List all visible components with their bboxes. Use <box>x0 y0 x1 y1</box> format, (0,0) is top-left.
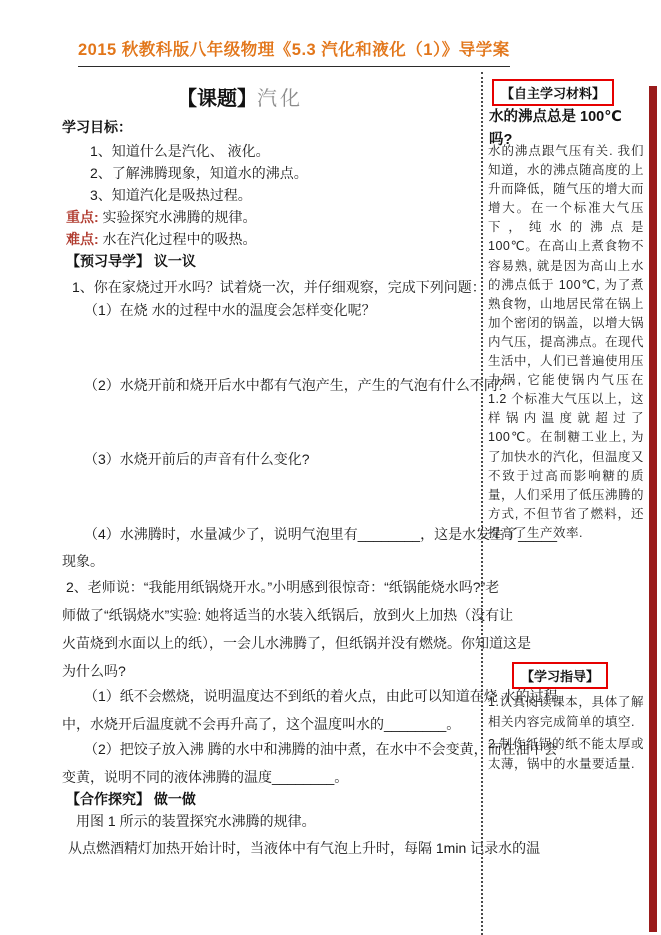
guide-item-2: 2.制作纸锅的纸不能太厚或太薄，锅中的水量要适量. <box>488 734 644 774</box>
difficult-point-text: 水在汽化过程中的吸热。 <box>99 231 257 247</box>
objective-item-1: 1、知道什么是汽化、 液化。 <box>90 141 270 161</box>
red-margin-bar <box>649 86 657 932</box>
key-point-text: 实验探究水沸腾的规律。 <box>99 209 257 225</box>
material-body: 水的沸点跟气压有关. 我们知道，水的沸点随高度的上升而降低，随气压的增大而增大。… <box>488 142 644 543</box>
question-2-2-line1: （2）把饺子放入沸 腾的水中和沸腾的油中煮，在水中不会变黄，而在油中会 <box>84 739 558 759</box>
preview-heading: 【预习导学】 议一议 <box>66 251 196 271</box>
course-title-subject: 汽化 <box>257 88 303 110</box>
question-2-line4: 为什么吗? <box>62 661 126 681</box>
guide-heading-box: 【学习指导】 <box>512 662 608 689</box>
question-2-line1: 2、老师说：“我能用纸锅烧开水。”小明感到很惊奇：“纸锅能烧水吗?”老 <box>66 577 499 597</box>
key-point-label: 重点: <box>66 209 99 225</box>
question-1-4-line1: （4）水沸腾时，水量减少了，说明气泡里有________，这是水发生了_____ <box>84 524 557 544</box>
column-divider-dotted-line <box>481 72 483 935</box>
question-2-1-line1: （1）纸不会燃烧，说明温度达不到纸的着火点，由此可以知道在烧 水的过程 <box>84 686 558 706</box>
difficult-point-label: 难点: <box>66 231 99 247</box>
page-title: 2015 秋教科版八年级物理《5.3 汽化和液化（1）》导学案 <box>78 36 510 67</box>
difficult-point-row: 难点: 水在汽化过程中的吸热。 <box>66 229 257 249</box>
question-2-line2: 师做了“纸锅烧水”实验: 她将适当的水装入纸锅后，放到火上加热（没有让 <box>62 605 513 625</box>
guide-item-1: 1.认真阅读课本，具体了解相关内容完成简单的填空. <box>488 692 644 732</box>
worksheet-page: 2015 秋教科版八年级物理《5.3 汽化和液化（1）》导学案 【课题】汽化 学… <box>0 0 661 935</box>
course-title-prefix: 【课题】 <box>177 88 257 110</box>
question-1: 1、你在家烧过开水吗？试着烧一次，并仔细观察，完成下列问题： <box>72 277 486 297</box>
question-2-2-line2: 变黄，说明不同的液体沸腾的温度________。 <box>62 767 348 787</box>
guide-list: 1.认真阅读课本，具体了解相关内容完成简单的填空. 2.制作纸锅的纸不能太厚或太… <box>488 692 644 776</box>
question-1-1: （1）在烧 水的过程中水的温度会怎样变化呢？ <box>84 300 376 320</box>
course-title: 【课题】汽化 <box>0 82 480 111</box>
objective-item-3: 3、知道汽化是吸热过程。 <box>90 185 252 205</box>
question-1-3: （3）水烧开前后的声音有什么变化? <box>84 449 310 469</box>
question-1-2: （2）水烧开前和烧开后水中都有气泡产生，产生的气泡有什么不同？ <box>84 375 512 395</box>
question-2-1-line2: 中，水烧开后温度就不会再升高了，这个温度叫水的________。 <box>62 714 460 734</box>
objectives-heading: 学习目标： <box>62 117 132 137</box>
material-heading: 【自主学习材料】 <box>501 86 605 101</box>
guide-heading: 【学习指导】 <box>521 669 599 684</box>
material-heading-box: 【自主学习材料】 <box>492 79 614 106</box>
explore-heading: 【合作探究】 做一做 <box>66 789 196 809</box>
question-1-4-line2: 现象。 <box>62 551 104 571</box>
key-point-row: 重点: 实验探究水沸腾的规律。 <box>66 207 257 227</box>
explore-paragraph-2: 从点燃酒精灯加热开始计时，当液体中有气泡上升时，每隔 1min 记录水的温 <box>68 838 540 858</box>
explore-paragraph-1: 用图 1 所示的装置探究水沸腾的规律。 <box>76 811 316 831</box>
question-2-line3: 火苗烧到水面以上的纸），一会儿水沸腾了，但纸锅并没有燃烧。你知道这是 <box>62 633 531 653</box>
objective-item-2: 2、了解沸腾现象，知道水的沸点。 <box>90 163 308 183</box>
